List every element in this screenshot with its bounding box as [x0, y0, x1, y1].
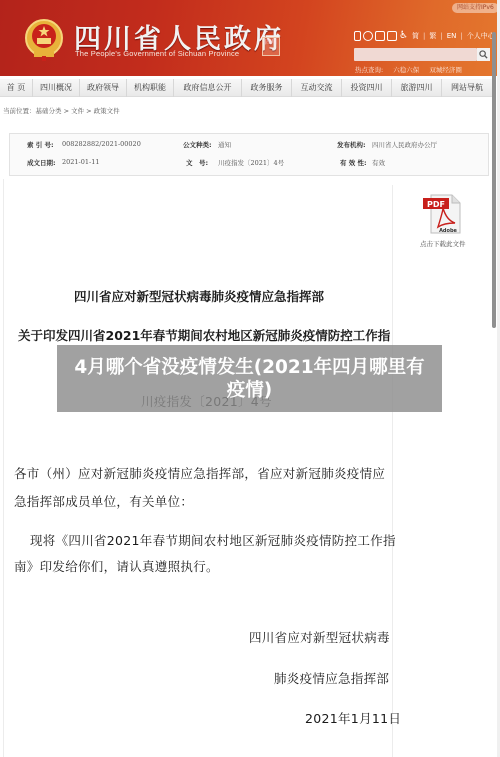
search-input[interactable]	[354, 48, 477, 61]
ipv6-badge: 网站支持IPv6	[452, 3, 499, 13]
nav-item-services[interactable]: 政务服务	[242, 79, 292, 97]
nav-item-sitemap[interactable]: 网站导航	[442, 79, 492, 97]
nav-item-interaction[interactable]: 互动交流	[292, 79, 342, 97]
svg-text:PDF: PDF	[427, 200, 445, 209]
hot-search: 热点查询: 六稳六保 双城经济圈	[355, 65, 470, 74]
validity-value: 有效	[372, 158, 385, 167]
index-no-value: 008282882/2021-00020	[62, 140, 141, 148]
national-emblem-icon	[24, 18, 64, 62]
hot-search-item[interactable]: 六稳六保	[393, 66, 419, 74]
doc-no-label: 文 号:	[186, 158, 208, 167]
separator: |	[460, 32, 462, 40]
accessibility-icon[interactable]: ♿	[399, 31, 408, 41]
nav-item-functions[interactable]: 机构职能	[127, 79, 174, 97]
column-divider	[392, 185, 393, 757]
doc-issuer-heading: 四川省应对新型冠状病毒肺炎疫情应急指挥部	[74, 287, 324, 305]
nav-item-home[interactable]: 首 页	[0, 79, 33, 97]
svg-text:Adobe: Adobe	[439, 228, 457, 234]
main-nav: 首 页 四川概况 政府领导 机构职能 政府信息公开 政务服务 互动交流 投资四川…	[0, 79, 492, 97]
search-button[interactable]	[477, 48, 490, 61]
seal-logo: 四川	[262, 37, 280, 56]
wechat-icon[interactable]	[375, 31, 385, 41]
download-caption[interactable]: 点击下载此文件	[420, 239, 466, 248]
caption-overlay: 4月哪个省没疫情发生(2021年四月哪里有疫情)	[57, 345, 442, 412]
publisher-value: 四川省人民政府办公厅	[372, 140, 437, 149]
nav-item-overview[interactable]: 四川概况	[33, 79, 80, 97]
doc-title-line1: 关于印发四川省2021年春节期间农村地区新冠肺炎疫情防控工作指	[18, 326, 390, 344]
lang-english-link[interactable]: EN	[445, 32, 459, 40]
weibo-icon[interactable]	[363, 31, 373, 41]
utility-bar: ♿ 简 | 繁 | EN | 个人中心	[354, 30, 497, 42]
separator: |	[423, 32, 425, 40]
nav-item-tourism[interactable]: 旅游四川	[392, 79, 442, 97]
doc-type-label: 公文种类:	[183, 140, 212, 149]
date-label: 成文日期:	[27, 158, 56, 167]
publisher-label: 发布机构:	[337, 140, 366, 149]
hot-search-label: 热点查询:	[355, 66, 383, 74]
doc-no-value: 川疫指发〔2021〕4号	[218, 158, 284, 167]
nav-item-leaders[interactable]: 政府领导	[80, 79, 127, 97]
doc-signature-line1: 四川省应对新型冠状病毒	[249, 628, 390, 646]
index-no-label: 索 引 号:	[27, 140, 54, 149]
site-header-banner: 四川省人民政府 The People's Government of Sichu…	[0, 0, 500, 76]
doc-addressee-line1: 各市（州）应对新冠肺炎疫情应急指挥部，省应对新冠肺炎疫情应	[14, 464, 385, 482]
doc-signature-line2: 肺炎疫情应急指挥部	[274, 669, 389, 687]
validity-label: 有 效 性:	[340, 158, 367, 167]
scrollbar[interactable]	[492, 32, 496, 328]
doc-type-value: 通知	[218, 140, 231, 149]
site-subtitle: The People's Government of Sichuan Provi…	[75, 49, 239, 58]
separator: |	[440, 32, 442, 40]
mail-icon[interactable]	[387, 31, 397, 41]
search-icon	[479, 50, 488, 59]
nav-item-info-disclosure[interactable]: 政府信息公开	[174, 79, 242, 97]
overlay-title: 4月哪个省没疫情发生(2021年四月哪里有疫情)	[70, 356, 430, 402]
breadcrumb: 当前位置：基础分类 > 文件 > 政策文件	[3, 106, 120, 115]
lang-traditional-link[interactable]: 繁	[427, 31, 438, 41]
doc-body-line2: 南》印发给你们，请认真遵照执行。	[14, 557, 219, 575]
pdf-download-icon[interactable]: PDF Adobe	[421, 193, 463, 235]
hot-search-item[interactable]: 双城经济圈	[429, 66, 462, 74]
lang-simplified-link[interactable]: 简	[410, 31, 421, 41]
doc-addressee-line2: 急指挥部成员单位，有关单位：	[14, 492, 193, 510]
date-value: 2021-01-11	[62, 158, 99, 166]
document-info-panel: 索 引 号: 008282882/2021-00020 公文种类: 通知 发布机…	[9, 133, 489, 176]
nav-item-investment[interactable]: 投资四川	[342, 79, 392, 97]
doc-body-line1: 现将《四川省2021年春节期间农村地区新冠肺炎疫情防控工作指	[30, 531, 396, 549]
breadcrumb-label: 当前位置：	[3, 107, 36, 115]
mobile-icon[interactable]	[354, 31, 361, 41]
doc-signature-date: 2021年1月11日	[305, 709, 401, 727]
breadcrumb-path[interactable]: 基础分类 > 文件 > 政策文件	[36, 107, 120, 115]
